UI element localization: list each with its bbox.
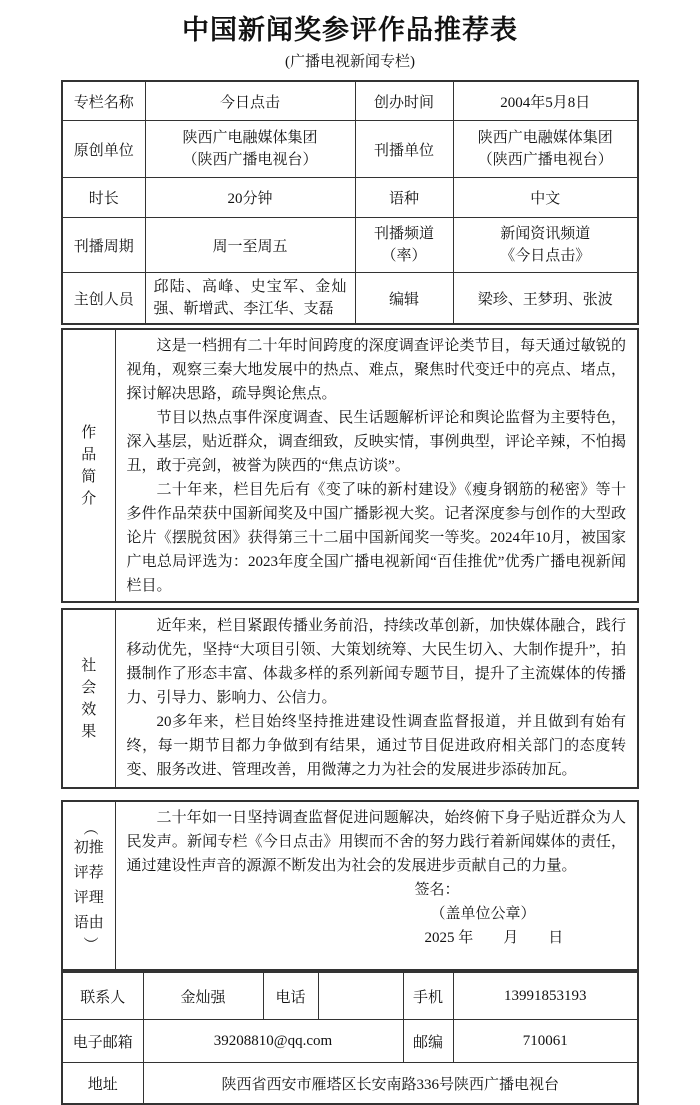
effect-paragraph-2: 20多年来，栏目始终坚持推进建设性调查监督报道，并且做到有始有终，每一期节目都力… <box>127 710 627 782</box>
recommend-content: 二十年如一日坚持调查监督促进问题解决，始终俯下身子贴近群众为人民发声。新闻专栏《… <box>115 801 638 970</box>
open-paren: （ <box>81 820 97 835</box>
effect-paragraph-1: 近年来，栏目紧跟传播业务前沿，持续改革创新，加快媒体融合，践行移动优先，坚持“大… <box>127 614 627 710</box>
recommend-label-vertical: （ 初推 评荐 评理 语由 ） <box>67 820 111 952</box>
field-value-period: 周一至周五 <box>145 218 355 273</box>
table-row-period: 刊播周期 周一至周五 刊播频道 （率） 新闻资讯频道 《今日点击》 <box>62 218 638 273</box>
info-table: 专栏名称 今日点击 创办时间 2004年5月8日 原创单位 陕西广电融媒体集团 … <box>61 80 639 325</box>
field-value-language: 中文 <box>453 178 638 218</box>
table-row-intro: 作 品 简 介 这是一档拥有二十年时间跨度的深度调查评论类节目，每天通过敏锐的视… <box>62 329 638 602</box>
effect-content: 近年来，栏目紧跟传播业务前沿，持续改革创新，加快媒体融合，践行移动优先，坚持“大… <box>115 609 638 788</box>
table-row-creators: 主创人员 邱陆、高峰、史宝军、金灿强、靳增武、李江华、支磊 编辑 梁珍、王梦玥、… <box>62 273 638 325</box>
field-label-broadcast-unit: 刊播单位 <box>355 121 453 178</box>
table-row-email: 电子邮箱 39208810@qq.com 邮编 710061 <box>62 1020 638 1063</box>
document-page: 中国新闻奖参评作品推荐表 (广播电视新闻专栏) 专栏名称 今日点击 创办时间 2… <box>0 0 700 1105</box>
intro-paragraph-3: 二十年来，栏目先后有《变了味的新村建设》《瘦身钢筋的秘密》等十多件作品荣获中国新… <box>127 478 627 598</box>
contact-table: 联系人 金灿强 电话 手机 13991853193 电子邮箱 39208810@… <box>61 971 639 1105</box>
field-value-contact-person: 金灿强 <box>143 972 263 1020</box>
field-label-address: 地址 <box>62 1063 143 1105</box>
page-title: 中国新闻奖参评作品推荐表 <box>0 8 700 47</box>
field-value-address: 陕西省西安市雁塔区长安南路336号陕西广播电视台 <box>143 1063 638 1105</box>
field-label-language: 语种 <box>355 178 453 218</box>
close-paren: ） <box>81 936 97 951</box>
field-label-postcode: 邮编 <box>403 1020 453 1063</box>
effect-section: 社 会 效 果 近年来，栏目紧跟传播业务前沿，持续改革创新，加快媒体融合，践行移… <box>61 608 639 789</box>
intro-paragraph-2: 节目以热点事件深度调查、民生话题解析评论和舆论监督为主要特色，深入基层，贴近群众… <box>127 406 627 478</box>
table-row-duration: 时长 20分钟 语种 中文 <box>62 178 638 218</box>
field-value-editors: 梁珍、王梦玥、张波 <box>453 273 638 325</box>
signature-date: 2025 年 月 日 <box>127 926 627 950</box>
field-value-broadcast-unit: 陕西广电融媒体集团 （陕西广播电视台） <box>453 121 638 178</box>
seal-note: （盖单位公章） <box>127 902 627 926</box>
field-label-contact-person: 联系人 <box>62 972 143 1020</box>
table-row-effect: 社 会 效 果 近年来，栏目紧跟传播业务前沿，持续改革创新，加快媒体融合，践行移… <box>62 609 638 788</box>
recommend-label-text: 初推 评荐 评理 语由 <box>74 836 104 936</box>
field-value-mobile: 13991853193 <box>453 972 638 1020</box>
table-row-original-unit: 原创单位 陕西广电融媒体集团 （陕西广播电视台） 刊播单位 陕西广电融媒体集团 … <box>62 121 638 178</box>
recommend-label: （ 初推 评荐 评理 语由 ） <box>62 801 115 970</box>
field-value-telephone <box>318 972 403 1020</box>
field-value-duration: 20分钟 <box>145 178 355 218</box>
intro-paragraph-1: 这是一档拥有二十年时间跨度的深度调查评论类节目，每天通过敏锐的视角，观察三秦大地… <box>127 334 627 406</box>
field-label-column-name: 专栏名称 <box>62 81 145 121</box>
field-label-channel: 刊播频道 （率） <box>355 218 453 273</box>
effect-label: 社 会 效 果 <box>62 609 115 788</box>
field-value-email: 39208810@qq.com <box>143 1020 403 1063</box>
recommend-section: （ 初推 评荐 评理 语由 ） 二十年如一日坚持调查监督促进问题解决，始终俯下身… <box>61 800 639 971</box>
field-label-editors: 编辑 <box>355 273 453 325</box>
field-label-creators: 主创人员 <box>62 273 145 325</box>
signature-label: 签名： <box>127 878 627 902</box>
intro-section: 作 品 简 介 这是一档拥有二十年时间跨度的深度调查评论类节目，每天通过敏锐的视… <box>61 328 639 603</box>
field-label-original-unit: 原创单位 <box>62 121 145 178</box>
field-value-creators: 邱陆、高峰、史宝军、金灿强、靳增武、李江华、支磊 <box>145 273 355 325</box>
recommend-paragraph: 二十年如一日坚持调查监督促进问题解决，始终俯下身子贴近群众为人民发声。新闻专栏《… <box>127 806 627 878</box>
field-label-founded-time: 创办时间 <box>355 81 453 121</box>
field-value-original-unit: 陕西广电融媒体集团 （陕西广播电视台） <box>145 121 355 178</box>
field-value-column-name: 今日点击 <box>145 81 355 121</box>
table-row-address: 地址 陕西省西安市雁塔区长安南路336号陕西广播电视台 <box>62 1063 638 1105</box>
field-label-email: 电子邮箱 <box>62 1020 143 1063</box>
intro-content: 这是一档拥有二十年时间跨度的深度调查评论类节目，每天通过敏锐的视角，观察三秦大地… <box>115 329 638 602</box>
field-label-telephone: 电话 <box>263 972 318 1020</box>
field-label-mobile: 手机 <box>403 972 453 1020</box>
intro-label: 作 品 简 介 <box>62 329 115 602</box>
table-row-recommend: （ 初推 评荐 评理 语由 ） 二十年如一日坚持调查监督促进问题解决，始终俯下身… <box>62 801 638 970</box>
field-label-duration: 时长 <box>62 178 145 218</box>
table-row-contact: 联系人 金灿强 电话 手机 13991853193 <box>62 972 638 1020</box>
page-subtitle: (广播电视新闻专栏) <box>0 50 700 71</box>
field-value-channel: 新闻资讯频道 《今日点击》 <box>453 218 638 273</box>
field-value-founded-time: 2004年5月8日 <box>453 81 638 121</box>
table-row-column-name: 专栏名称 今日点击 创办时间 2004年5月8日 <box>62 81 638 121</box>
field-value-postcode: 710061 <box>453 1020 638 1063</box>
field-label-period: 刊播周期 <box>62 218 145 273</box>
